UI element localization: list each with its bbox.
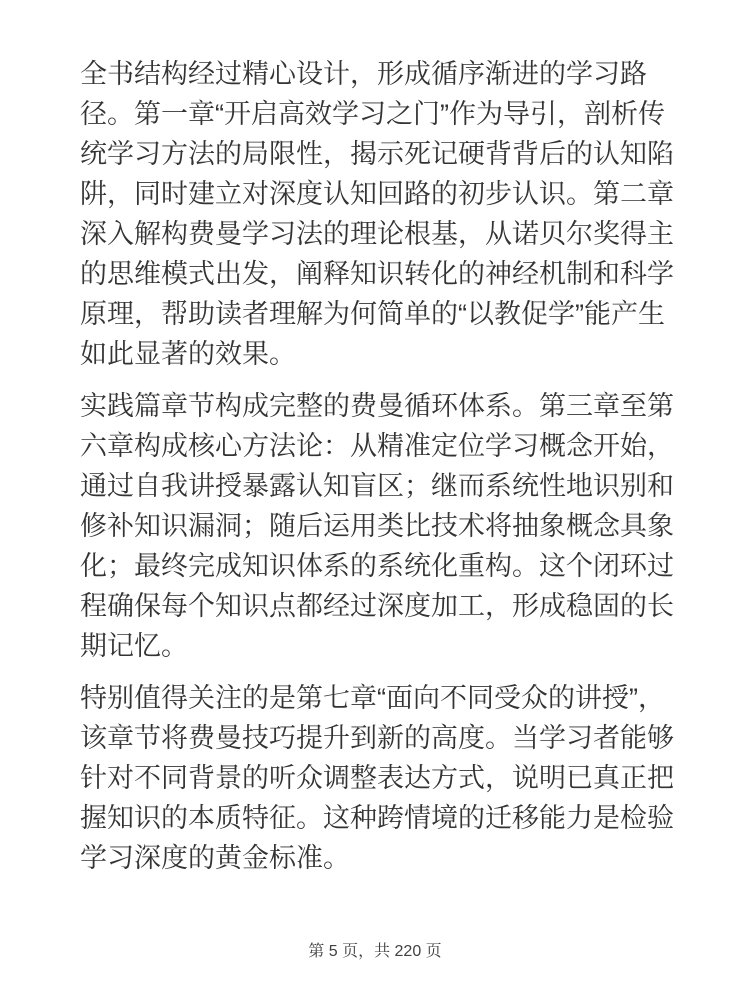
- page-footer: 第 5 页，共 220 页: [0, 942, 750, 961]
- page-number-indicator: 第 5 页，共 220 页: [308, 943, 441, 960]
- paragraph-practice-chapters: 实践篇章节构成完整的费曼循环体系。第三章至第六章构成核心方法论：从精准定位学习概…: [80, 386, 674, 666]
- paragraph-chapter-seven: 特别值得关注的是第七章“面向不同受众的讲授”，该章节将费曼技巧提升到新的高度。当…: [80, 678, 674, 878]
- document-page: 全书结构经过精心设计，形成循序渐进的学习路径。第一章“开启高效学习之门”作为导引…: [0, 0, 750, 1000]
- paragraph-book-structure: 全书结构经过精心设计，形成循序渐进的学习路径。第一章“开启高效学习之门”作为导引…: [80, 54, 674, 374]
- page-content: 全书结构经过精心设计，形成循序渐进的学习路径。第一章“开启高效学习之门”作为导引…: [80, 54, 674, 890]
